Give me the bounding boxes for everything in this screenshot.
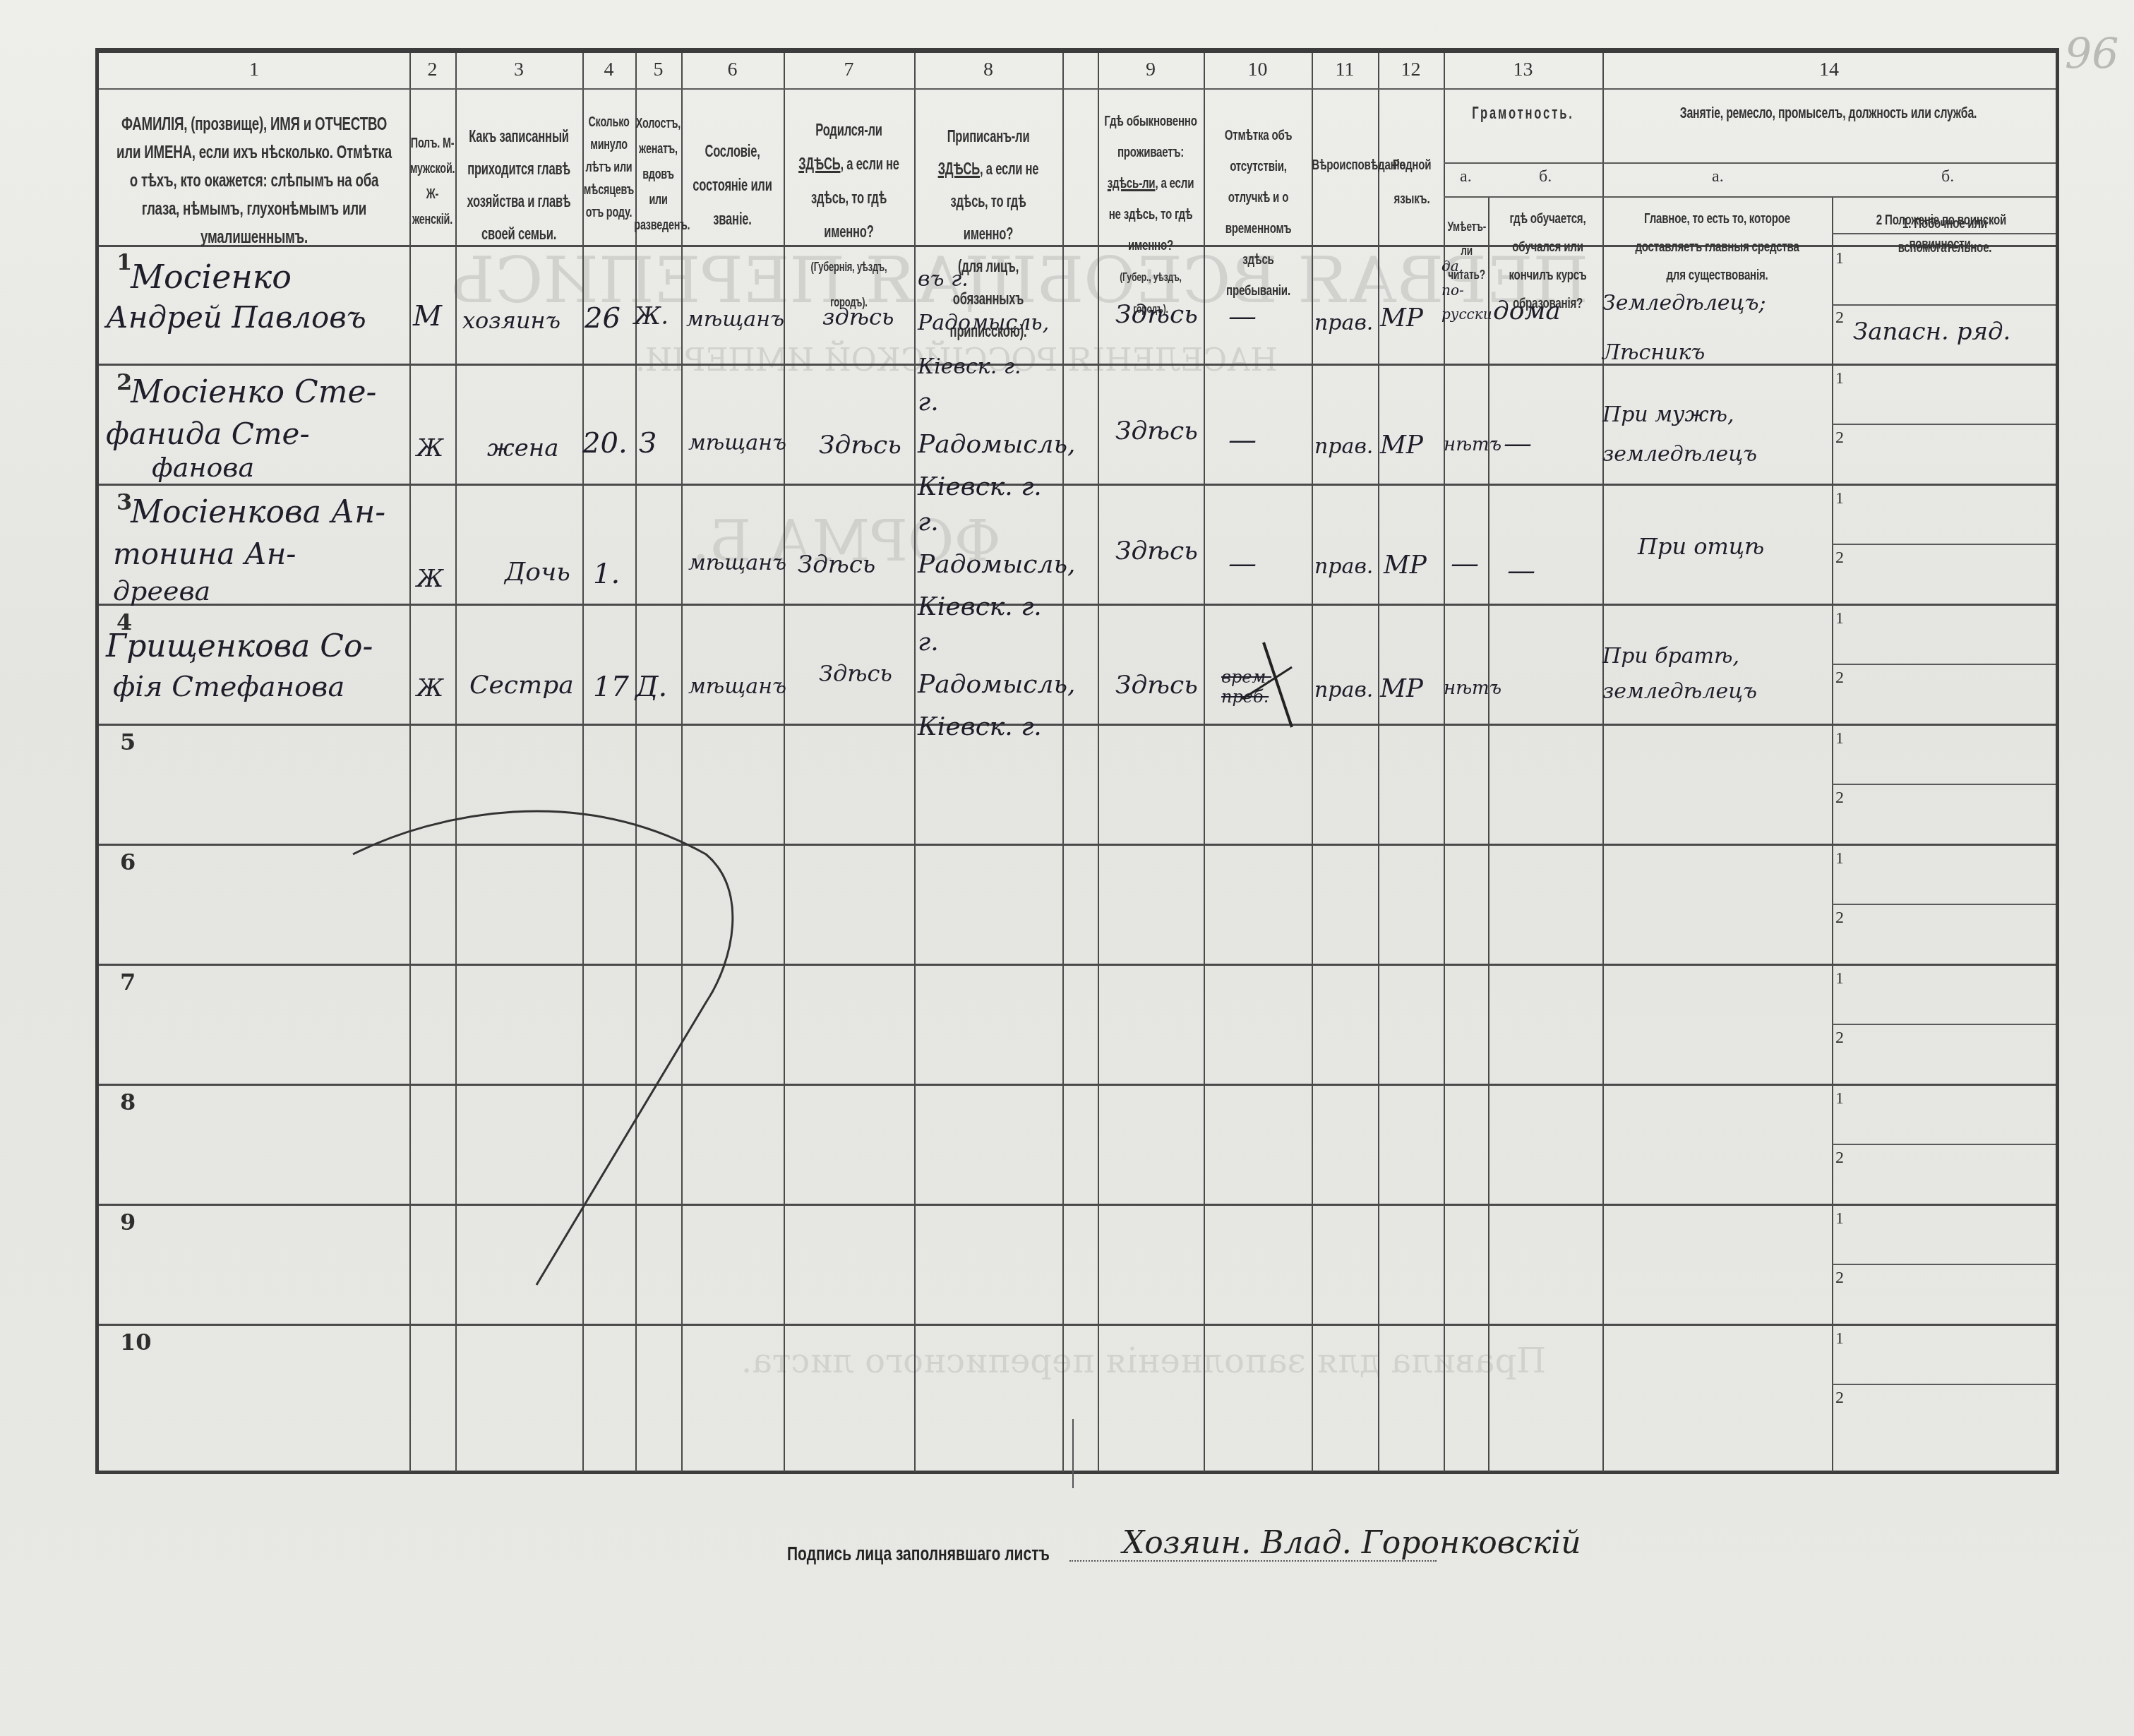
resides-cell: Здѣсь: [1115, 417, 1198, 445]
religion-cell: прав.: [1314, 678, 1373, 702]
column-number: 2: [409, 59, 455, 81]
sub-row-label: 1: [1835, 849, 1844, 868]
header-col-10: Отмѣтка объ отсутствiи, отлучкѣ и о врем…: [1211, 120, 1305, 306]
language-cell: МР: [1380, 674, 1423, 703]
sub-row-label: 2: [1835, 309, 1844, 328]
occupation-cell: При мужѣ, земледѣлецъ: [1602, 395, 1814, 474]
registered-cell: г. Радомысль, Кiевск. г.: [918, 621, 1052, 748]
born-cell: Здѣсь: [819, 431, 901, 460]
column-number: 7: [784, 59, 914, 81]
military-status-cell: Запасн. ряд.: [1853, 318, 2010, 346]
row-number: 1: [116, 249, 132, 275]
born-cell: Здѣсь: [798, 551, 875, 579]
column-number: 12: [1378, 59, 1444, 81]
religion-cell: прав.: [1314, 554, 1373, 579]
education-cell: —: [1504, 427, 1532, 460]
header-col-2: Полъ. М-мужской. Ж-женскiй.: [408, 131, 456, 232]
sub-row-label: 2: [1835, 549, 1844, 568]
sub-row-label: 1: [1835, 609, 1844, 628]
header-col-11: Вѣроисповѣданiе.: [1312, 148, 1378, 182]
name-cell: фанида Сте-: [106, 417, 310, 451]
name-cell: фiя Стефанова: [113, 671, 344, 703]
column-number: 10: [1204, 59, 1312, 81]
language-cell: МР: [1380, 304, 1423, 333]
col-14-sub-a: а.: [1712, 167, 1724, 186]
col-14-sub-b: б.: [1941, 167, 1954, 186]
estate-cell: мѣщанъ: [688, 551, 786, 575]
marital-cell: З: [639, 427, 657, 460]
column-number: 11: [1312, 59, 1378, 81]
column-number: 5: [635, 59, 681, 81]
name-cell: фанова: [152, 452, 254, 483]
language-cell: МР: [1384, 551, 1427, 580]
header-col-12: Родной языкъ.: [1384, 148, 1439, 216]
absence-cell: —: [1228, 424, 1257, 456]
header-col-14b-2: 2 Положенiе по воинской повинности.: [1852, 208, 2030, 256]
born-cell: Здѣсь: [819, 660, 892, 687]
relation-cell: Сестра: [469, 671, 574, 700]
header-col-14-group: Занятiе, ремесло, промыселъ, должность и…: [1676, 101, 1981, 125]
language-cell: МР: [1380, 431, 1423, 460]
sub-row-label: 1: [1835, 1089, 1844, 1108]
occupation-cell: Земледѣлецъ; Лѣсникъ: [1602, 279, 1814, 378]
name-cell: Андрей Павловъ: [106, 300, 366, 335]
row-number: 3: [116, 489, 132, 515]
row-number: 9: [120, 1209, 136, 1235]
name-cell: Мосiенко: [131, 258, 292, 296]
registered-cell: г. Радомысль, Кiевск. г.: [918, 381, 1052, 508]
header-col-1: ФАМИЛIЯ, (прозвище), ИМЯ и ОТЧЕСТВО или …: [112, 109, 396, 251]
census-table: 1 2 3 4 5 6 7 8 9 10 11 12 13 14 ФАМИЛIЯ…: [95, 48, 2059, 1474]
resides-cell: Здѣсь: [1115, 671, 1198, 700]
signature: Хозяин. Влад. Горонковскiй: [1122, 1525, 1581, 1561]
header-col-6: Сословiе, состоянiе или званiе.: [685, 134, 779, 236]
religion-cell: прав.: [1314, 311, 1373, 335]
row-number: 7: [120, 969, 136, 995]
age-cell: 1.: [593, 558, 620, 590]
row-number: 2: [116, 369, 132, 395]
sub-row-label: 1: [1835, 489, 1844, 508]
age-cell: 26: [585, 302, 621, 335]
sex-cell: Ж: [416, 565, 443, 593]
education-cell: —: [1507, 554, 1535, 587]
page-number: 96: [2065, 30, 2118, 79]
education-cell: дома: [1493, 297, 1561, 325]
column-number: 9: [1098, 59, 1204, 81]
occupation-cell: При отцѣ: [1638, 533, 1764, 560]
column-number: 8: [914, 59, 1062, 81]
col-13-sub-a: а.: [1460, 167, 1472, 186]
literate-cell: да, по-русски: [1441, 254, 1484, 326]
sub-row-label: 1: [1835, 1209, 1844, 1228]
absence-cell: —: [1228, 300, 1257, 333]
column-number: 13: [1444, 59, 1602, 81]
column-number: 14: [1602, 59, 2056, 81]
age-cell: 17: [593, 671, 629, 703]
sub-row-label: 1: [1835, 1329, 1844, 1348]
header-col-9: Гдѣ обыкновенно проживаетъ: здѣсь-ли, а …: [1103, 106, 1199, 325]
sex-cell: Ж: [416, 434, 443, 462]
name-cell: дреева: [113, 575, 210, 606]
name-cell: Мосiенко Сте-: [131, 374, 376, 410]
relation-cell: хозяинъ: [462, 307, 561, 334]
marital-cell: Д.: [635, 671, 667, 703]
sex-cell: Ж: [416, 674, 443, 702]
literate-cell: —: [1451, 547, 1479, 580]
row-number: 10: [120, 1329, 152, 1355]
header-col-4: Сколько минуло лѣтъ или мѣсяцевъ отъ род…: [582, 111, 636, 224]
estate-cell: мѣщанъ: [688, 431, 786, 455]
resides-cell: Здѣсь: [1115, 300, 1198, 329]
estate-cell: мѣщанъ: [686, 307, 784, 332]
absence-cell: —: [1228, 547, 1257, 580]
age-cell: 20.: [582, 427, 628, 460]
literate-cell: нѣтъ: [1444, 678, 1501, 699]
header-col-14a: Главное, то есть то, которое доставляетъ…: [1635, 205, 1800, 289]
estate-cell: мѣщанъ: [688, 674, 786, 699]
sub-row-label: 2: [1835, 1029, 1844, 1048]
header-col-13-group: Грамотность.: [1466, 101, 1581, 125]
born-cell: здѣсь: [822, 304, 894, 330]
column-number: 6: [681, 59, 784, 81]
header-col-5: Холостъ, женатъ, вдовъ или разведенъ.: [634, 111, 682, 238]
col-13-sub-b: б.: [1539, 167, 1552, 186]
sub-row-label: 2: [1835, 789, 1844, 808]
signature-label: Подпись лица заполнявшаго листъ: [787, 1543, 1050, 1565]
row-number: 6: [120, 849, 136, 875]
sex-cell: М: [413, 300, 442, 333]
marital-cell: Ж.: [634, 302, 669, 330]
sub-row-label: 2: [1835, 669, 1844, 688]
registered-cell: въ г. Радомысль, Кiевск. г.: [918, 258, 1045, 389]
relation-cell: Дочь: [505, 558, 570, 587]
religion-cell: прав.: [1314, 434, 1373, 459]
sub-row-label: 2: [1835, 1269, 1844, 1288]
sub-row-label: 2: [1835, 1149, 1844, 1168]
column-number: 3: [455, 59, 582, 81]
sub-row-label: 2: [1835, 429, 1844, 448]
column-number: 4: [582, 59, 635, 81]
row-number: 8: [120, 1089, 136, 1115]
header-col-3: Какъ записанный приходится главѣ хозяйст…: [460, 120, 577, 250]
name-cell: Мосiенкова Ан-: [131, 494, 385, 530]
absence-cell-struck: врем.преб.: [1221, 667, 1306, 707]
occupation-cell: При братѣ, земледѣлецъ: [1602, 639, 1814, 710]
registered-cell: г. Радомысль, Кiевск. г.: [918, 501, 1052, 628]
name-cell: Грищенкова Со-: [106, 628, 373, 664]
literate-cell: нѣтъ: [1444, 434, 1501, 455]
sub-row-label: 2: [1835, 909, 1844, 928]
sub-row-label: 2: [1835, 1389, 1844, 1408]
sub-row-label: 1: [1835, 969, 1844, 988]
sub-row-label: 1: [1835, 369, 1844, 388]
sub-row-label: 1: [1835, 249, 1844, 268]
column-number: 1: [99, 59, 409, 81]
resides-cell: Здѣсь: [1115, 537, 1198, 565]
name-cell: тонина Ан-: [113, 537, 296, 571]
sub-row-label: 1: [1835, 729, 1844, 748]
relation-cell: жена: [487, 434, 558, 462]
header-col-7: Родился-ли ЗДѢСЬ, а если не здѣсь, то гд…: [794, 113, 904, 319]
row-number: 5: [120, 729, 136, 755]
